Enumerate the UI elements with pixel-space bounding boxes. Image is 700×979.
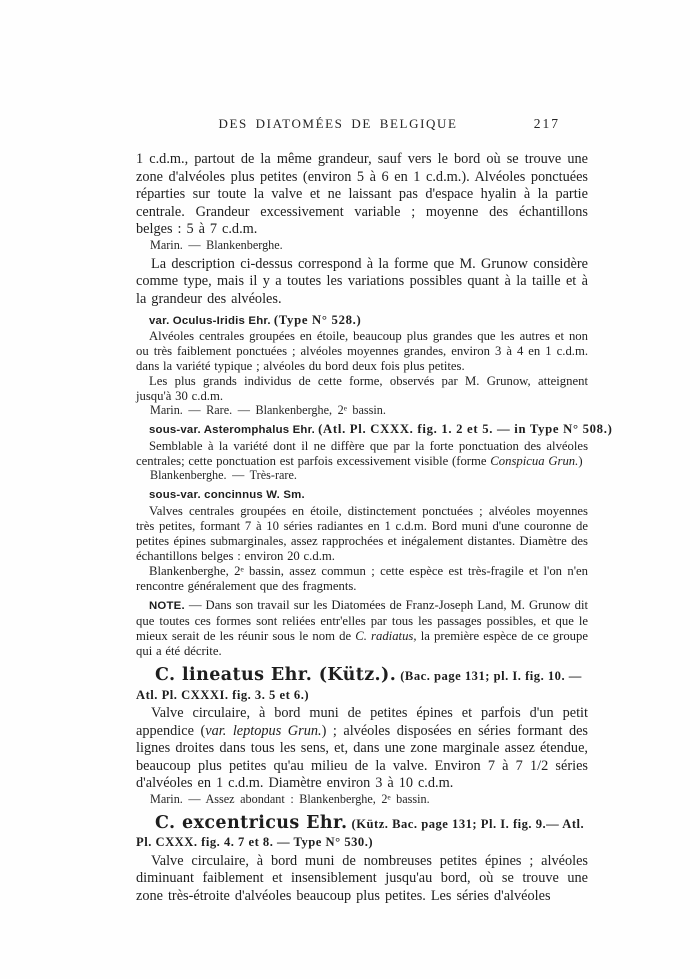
habitat-line-asteromphalus: Blankenberghe. — Très-rare. [136, 469, 588, 483]
subvariety-description-asteromphalus: Semblable à la variété dont il ne diffèr… [136, 439, 588, 469]
scanned-book-page: DES DIATOMÉES DE BELGIQUE 217 1 c.d.m., … [0, 0, 700, 979]
taxon-name-italic: C. radiatus, [355, 629, 416, 643]
page-title: DES DIATOMÉES DE BELGIQUE [218, 116, 457, 131]
taxon-name-italic: Conspicua Grun. [490, 454, 578, 468]
subvariety-label: sous-var. concinnus W. Sm. [149, 489, 305, 501]
text-block: DES DIATOMÉES DE BELGIQUE 217 1 c.d.m., … [136, 116, 588, 906]
subvariety-label: sous-var. Asteromphalus Ehr. [149, 424, 315, 436]
variety-label: var. Oculus-Iridis Ehr. [149, 315, 271, 327]
species-description-lineatus: Valve circulaire, à bord muni de petites… [136, 705, 588, 793]
paragraph-description: La description ci-dessus correspond à la… [136, 256, 588, 309]
subvariety-heading-asteromphalus: sous-var. Asteromphalus Ehr. (Atl. Pl. C… [136, 422, 588, 438]
note-paragraph: NOTE. — Dans son travail sur les Diatomé… [136, 598, 588, 659]
species-description-excentricus: Valve circulaire, à bord muni de nombreu… [136, 853, 588, 906]
habitat-line-lineatus: Marin. — Assez abondant : Blankenberghe,… [136, 793, 588, 807]
description-text-end: ) [578, 454, 582, 468]
variety-description-2: Les plus grands individus de cette forme… [136, 374, 588, 404]
subvariety-plate-reference: (Atl. Pl. CXXX. fig. 1. 2 et 5. — in Typ… [318, 422, 612, 436]
variety-type-reference: (Type N° 528.) [274, 313, 362, 327]
note-label: NOTE. [149, 600, 185, 612]
subvariety-description-concinnus-1: Valves centrales groupées en étoile, dis… [136, 504, 588, 564]
species-name: C. lineatus Ehr. (Kütz.). [155, 665, 396, 685]
habitat-line-intro: Marin. — Blankenberghe. [136, 239, 588, 253]
taxon-name-italic: var. leptopus Grun. [205, 723, 321, 739]
subvariety-heading-concinnus: sous-var. concinnus W. Sm. [136, 487, 588, 503]
running-header: DES DIATOMÉES DE BELGIQUE 217 [136, 116, 588, 134]
variety-heading-oculus-iridis: var. Oculus-Iridis Ehr. (Type N° 528.) [136, 313, 588, 329]
subvariety-description-concinnus-2: Blankenberghe, 2ᵉ bassin, assez commun ;… [136, 564, 588, 594]
species-heading-excentricus: C. excentricus Ehr. (Kütz. Bac. page 131… [136, 814, 588, 852]
species-name: C. excentricus Ehr. [155, 813, 348, 833]
page-number: 217 [534, 116, 560, 132]
habitat-line-oculus: Marin. — Rare. — Blankenberghe, 2ᵉ bassi… [136, 404, 588, 418]
paragraph-continuation: 1 c.d.m., partout de la même grandeur, s… [136, 151, 588, 239]
variety-description-1: Alvéoles centrales groupées en étoile, b… [136, 329, 588, 374]
species-heading-lineatus: C. lineatus Ehr. (Kütz.). (Bac. page 131… [136, 666, 588, 704]
